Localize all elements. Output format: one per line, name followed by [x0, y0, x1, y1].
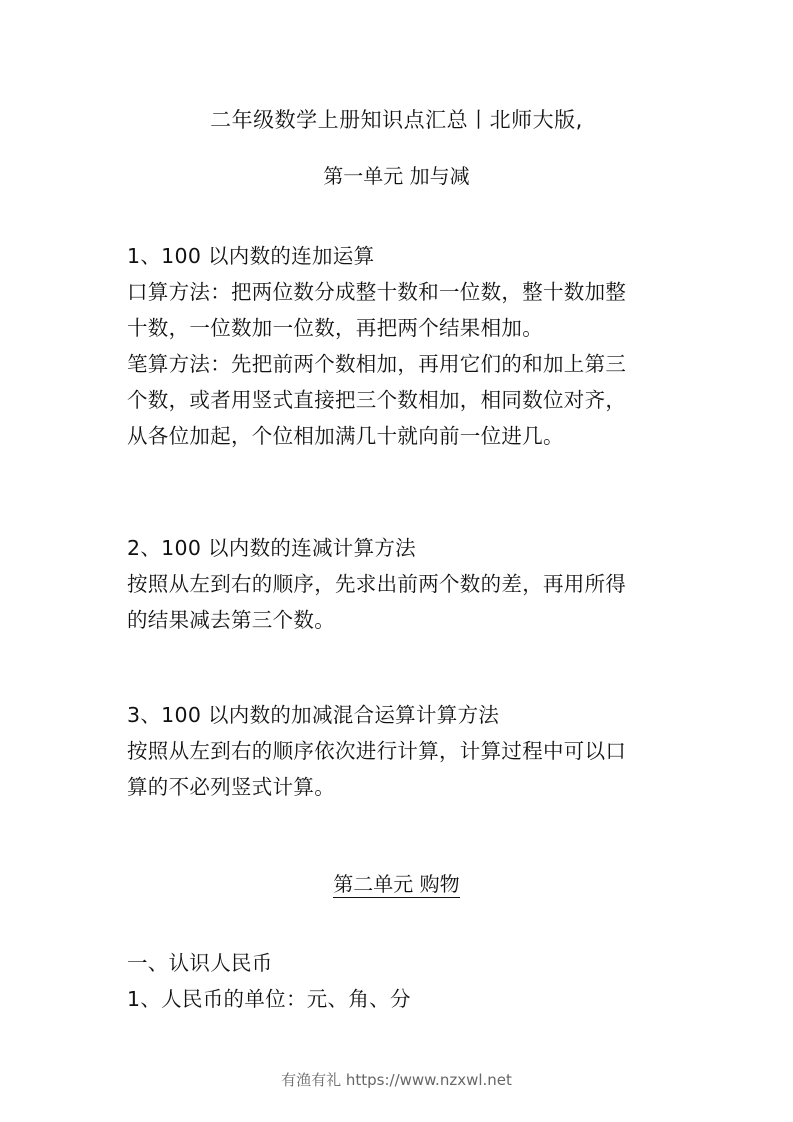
section-heading: 1、100 以内数的连加运算 — [127, 238, 672, 274]
footer-watermark: 有渔有礼 https://www.nzxwl.net — [0, 1069, 793, 1090]
section-line: 按照从左到右的顺序依次进行计算，计算过程中可以口 — [127, 733, 672, 769]
section-heading: 一、认识人民币 — [127, 945, 672, 981]
section-line: 口算方法：把两位数分成整十数和一位数，整十数加整 — [127, 274, 672, 310]
unit2-heading: 第二单元 购物 — [333, 872, 459, 898]
section-1: 1、100 以内数的连加运算 口算方法：把两位数分成整十数和一位数，整十数加整 … — [127, 238, 672, 454]
section-heading: 2、100 以内数的连减计算方法 — [127, 530, 672, 566]
section-line: 算的不必列竖式计算。 — [127, 769, 672, 805]
section-line: 笔算方法：先把前两个数相加，再用它们的和加上第三 — [127, 346, 672, 382]
section-line: 从各位加起，个位相加满几十就向前一位进几。 — [127, 418, 672, 454]
unit2-content: 一、认识人民币 1、人民币的单位：元、角、分 — [127, 945, 672, 1017]
unit1-heading: 第一单元 加与减 — [0, 160, 793, 189]
unit2-heading-wrap: 第二单元 购物 — [0, 868, 793, 897]
section-heading: 3、100 以内数的加减混合运算计算方法 — [127, 697, 672, 733]
section-line: 的结果减去第三个数。 — [127, 602, 672, 638]
section-line: 十数，一位数加一位数，再把两个结果相加。 — [127, 310, 672, 346]
section-2: 2、100 以内数的连减计算方法 按照从左到右的顺序，先求出前两个数的差，再用所… — [127, 530, 672, 638]
section-3: 3、100 以内数的加减混合运算计算方法 按照从左到右的顺序依次进行计算，计算过… — [127, 697, 672, 805]
document-title: 二年级数学上册知识点汇总丨北师大版, — [0, 104, 793, 134]
section-line: 1、人民币的单位：元、角、分 — [127, 981, 672, 1017]
section-line: 按照从左到右的顺序，先求出前两个数的差，再用所得 — [127, 566, 672, 602]
section-line: 个数，或者用竖式直接把三个数相加，相同数位对齐， — [127, 382, 672, 418]
